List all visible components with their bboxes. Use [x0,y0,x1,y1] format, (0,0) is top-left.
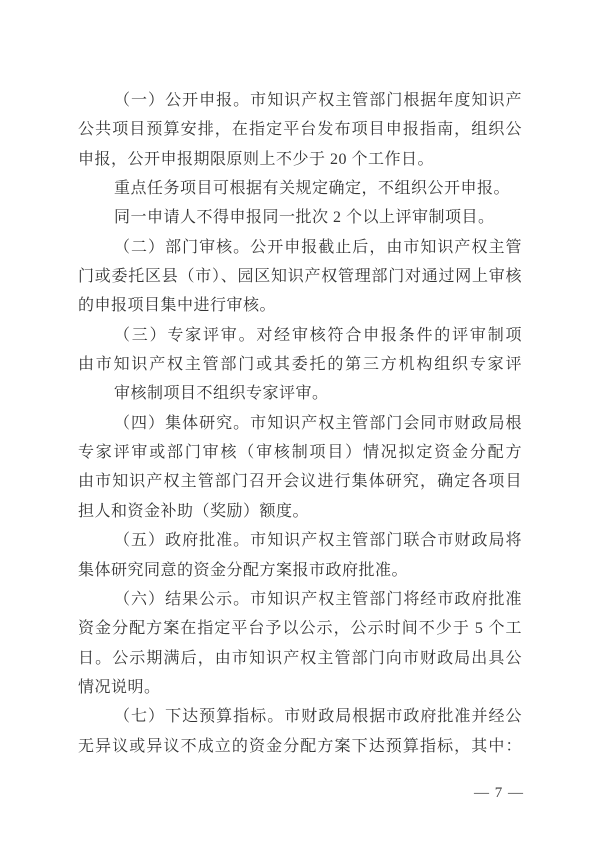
paragraph-item-4-collective-research: （四）集体研究。市知识产权主管部门会同市财政局根据专家评审或部门审核（审核制项目… [78,409,522,526]
paragraph-item-7-budget-indicators: （七）下达预算指标。市财政局根据市政府批准并经公示无异议或异议不成立的资金分配方… [78,702,522,761]
document-body: （一）公开申报。市知识产权主管部门根据年度知识产权公共项目预算安排，在指定平台发… [78,86,522,761]
paragraph-note-key-task-projects: 重点任务项目可根据有关规定确定，不组织公开申报。 [78,174,522,203]
text-line: 的申报项目集中进行审核。 [78,291,522,320]
text-line: （四）集体研究。市知识产权主管部门会同市财政局根据 [78,409,522,438]
paragraph-item-5-government-approval: （五）政府批准。市知识产权主管部门联合市财政局将经集体研究同意的资金分配方案报市… [78,526,522,585]
text-line: 门或委托区县（市）、园区知识产权管理部门对通过网上审核 [78,262,522,291]
text-line: 情况说明。 [78,673,522,702]
text-line: 由市知识产权主管部门或其委托的第三方机构组织专家评审。 [78,350,522,379]
text-line: 重点任务项目可根据有关规定确定，不组织公开申报。 [78,174,522,203]
text-line: （七）下达预算指标。市财政局根据市政府批准并经公示 [78,702,522,731]
text-line: 专家评审或部门审核（审核制项目）情况拟定资金分配方案， [78,438,522,467]
paragraph-note-same-applicant: 同一申请人不得申报同一批次 2 个以上评审制项目。 [78,203,522,232]
document-page: （一）公开申报。市知识产权主管部门根据年度知识产权公共项目预算安排，在指定平台发… [0,0,600,849]
text-line: 集体研究同意的资金分配方案报市政府批准。 [78,556,522,585]
paragraph-item-1-public-application: （一）公开申报。市知识产权主管部门根据年度知识产权公共项目预算安排，在指定平台发… [78,86,522,174]
paragraph-item-6-result-publicity: （六）结果公示。市知识产权主管部门将经市政府批准的资金分配方案在指定平台予以公示… [78,585,522,702]
page-number: — 7 — [474,785,524,802]
text-line: 无异议或异议不成立的资金分配方案下达预算指标，其中：项 [78,732,522,761]
paragraph-note-review-system-projects: 审核制项目不组织专家评审。 [78,379,522,408]
text-line: （六）结果公示。市知识产权主管部门将经市政府批准的 [78,585,522,614]
text-line: （五）政府批准。市知识产权主管部门联合市财政局将经 [78,526,522,555]
text-line: 公共项目预算安排，在指定平台发布项目申报指南，组织公开 [78,115,522,144]
paragraph-item-2-department-review: （二）部门审核。公开申报截止后，由市知识产权主管部门或委托区县（市）、园区知识产… [78,233,522,321]
text-line: 资金分配方案在指定平台予以公示，公示时间不少于 5 个工作 [78,614,522,643]
text-line: 担人和资金补助（奖励）额度。 [78,497,522,526]
text-line: 审核制项目不组织专家评审。 [78,379,522,408]
text-line: （二）部门审核。公开申报截止后，由市知识产权主管部 [78,233,522,262]
text-line: 日。公示期满后，由市知识产权主管部门向市财政局出具公示 [78,644,522,673]
text-line: 申报，公开申报期限原则上不少于 20 个工作日。 [78,145,522,174]
text-line: （一）公开申报。市知识产权主管部门根据年度知识产权 [78,86,522,115]
text-line: 由市知识产权主管部门召开会议进行集体研究，确定各项目承 [78,467,522,496]
text-line: 同一申请人不得申报同一批次 2 个以上评审制项目。 [78,203,522,232]
text-line: （三）专家评审。对经审核符合申报条件的评审制项目， [78,321,522,350]
paragraph-item-3-expert-evaluation: （三）专家评审。对经审核符合申报条件的评审制项目，由市知识产权主管部门或其委托的… [78,321,522,380]
